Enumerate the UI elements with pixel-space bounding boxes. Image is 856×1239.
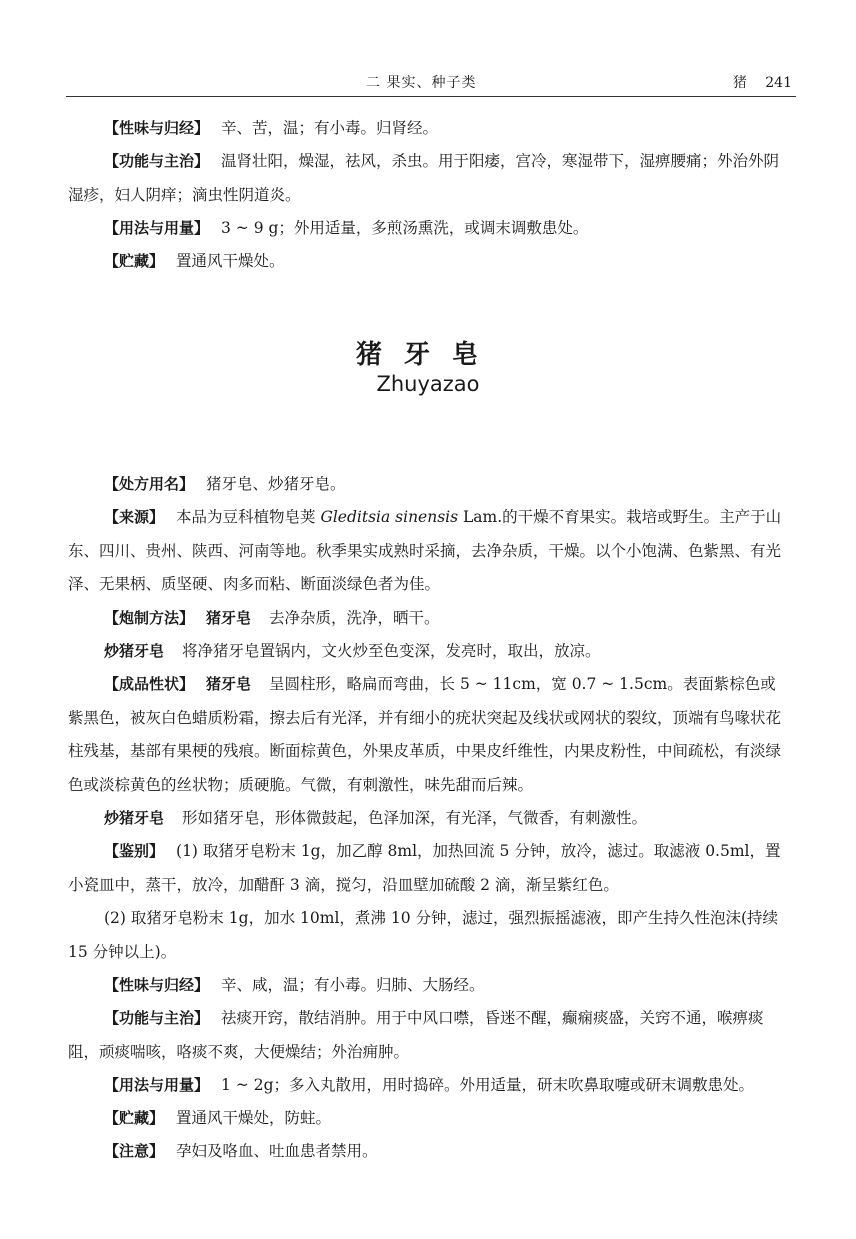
section-nature-meridian: 【性味与归经】辛、咸，温；有小毒。归肺、大肠经。 [68, 969, 790, 1003]
header-rule [66, 96, 796, 97]
page-number: 241 [765, 75, 792, 91]
entry-title-pinyin: Zhuyazao [0, 372, 856, 396]
section-caution: 【注意】孕妇及咯血、吐血患者禁用。 [68, 1135, 790, 1169]
characteristics-fried: 炒猪牙皂形如猪牙皂，形体微鼓起，色泽加深，有光泽，气微香，有刺激性。 [68, 802, 790, 836]
chapter-title: 二 果实、种子类 [366, 72, 476, 92]
section-storage: 【贮藏】置通风干燥处，防蛀。 [68, 1102, 790, 1136]
section-source: 【来源】本品为豆科植物皂荚 Gleditsia sinensis Lam.的干燥… [68, 501, 790, 602]
running-title: 猪 [733, 75, 747, 91]
prev-storage: 【贮藏】置通风干燥处。 [68, 245, 790, 279]
section-usage: 【用法与用量】1 ~ 2g；多入丸散用，用时捣碎。外用适量，研末吹鼻取嚏或研末调… [68, 1069, 790, 1103]
prev-functions: 【功能与主治】温肾壮阳，燥湿，祛风，杀虫。用于阳痿，宫冷，寒湿带下，湿痹腰痛；外… [68, 145, 790, 212]
section-characteristics: 【成品性状】猪牙皂呈圆柱形，略扁而弯曲，长 5 ~ 11cm，宽 0.7 ~ 1… [68, 668, 790, 802]
identification-2: (2) 取猪牙皂粉末 1g，加水 10ml，煮沸 10 分钟，滤过，强烈振摇滤液… [68, 902, 790, 969]
entry-title-chinese: 猪牙皂 [0, 334, 856, 371]
processing-fried: 炒猪牙皂将净猪牙皂置锅内，文火炒至色变深，发亮时，取出，放凉。 [68, 635, 790, 669]
latin-name: Gleditsia sinensis [320, 508, 458, 526]
running-header: 猪 241 [719, 72, 792, 92]
section-processing: 【炮制方法】猪牙皂去净杂质，洗净，晒干。 [68, 602, 790, 636]
page-header: 二 果实、种子类 猪 241 [66, 68, 792, 96]
section-functions: 【功能与主治】祛痰开窍，散结消肿。用于中风口噤，昏迷不醒，癫痫痰盛，关窍不通，喉… [68, 1002, 790, 1069]
section-identification: 【鉴别】(1) 取猪牙皂粉末 1g，加乙醇 8ml，加热回流 5 分钟，放冷，滤… [68, 835, 790, 902]
prev-usage: 【用法与用量】3 ~ 9 g；外用适量，多煎汤熏洗，或调末调敷患处。 [68, 212, 790, 246]
prev-nature-meridian: 【性味与归经】辛、苦，温；有小毒。归肾经。 [68, 112, 790, 146]
section-prescription-names: 【处方用名】猪牙皂、炒猪牙皂。 [68, 468, 790, 502]
